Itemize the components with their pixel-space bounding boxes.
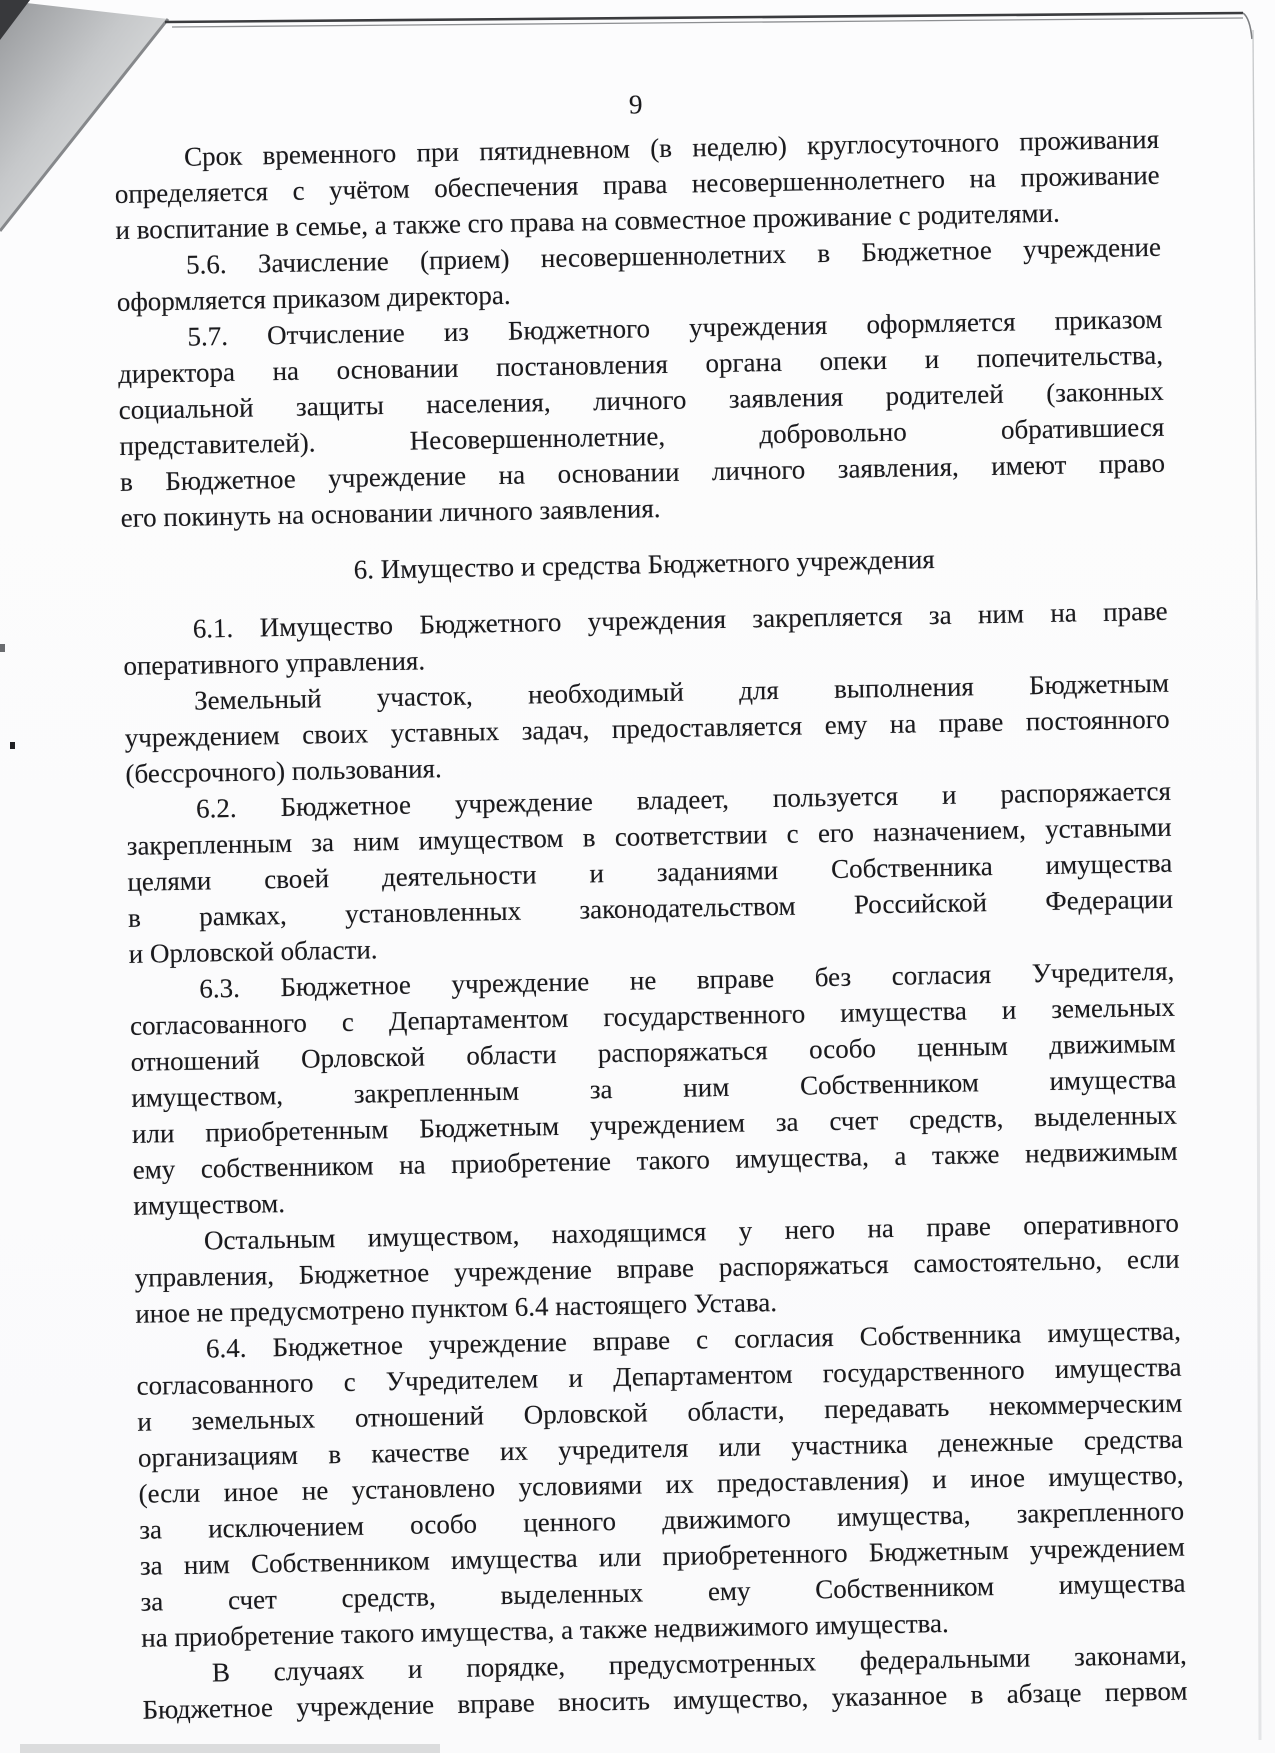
section-heading: 6. Имущество и средства Бюджетного учреж… [121,537,1166,592]
paragraph: 6.2. Бюджетное учреждение владеет, польз… [126,773,1174,972]
scanned-document: { "document": { "page_number": "9", "blo… [0,0,1275,1753]
text-blocks: Срок временного при пятидневном (в недел… [114,121,1188,1728]
paragraph: 6.3. Бюджетное учреждение не вправе без … [129,953,1178,1224]
paragraph: 6.4. Бюджетное учреждение вправе с согла… [136,1313,1187,1656]
page-content: 9 Срок временного при пятидневном (в нед… [113,77,1188,1728]
paragraph: Срок временного при пятидневном (в недел… [114,121,1161,248]
paragraph: Остальным имуществом, находящимся у него… [134,1205,1181,1332]
paragraph: 5.7. Отчисление из Бюджетного учреждения… [117,301,1166,536]
paragraph: Земельный участок, необходимый для выпол… [124,665,1171,792]
